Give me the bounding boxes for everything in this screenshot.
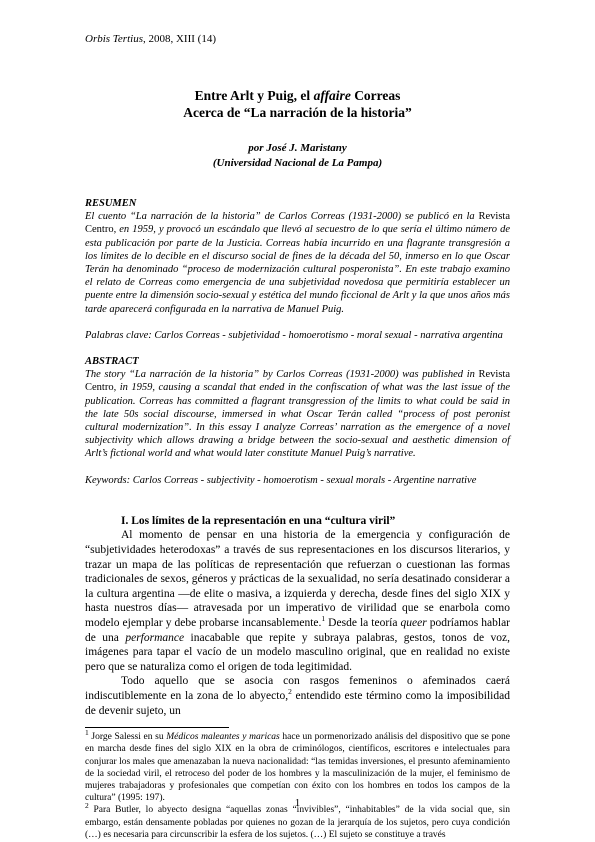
title-run-italic: affaire <box>314 88 351 103</box>
section-heading: I. Los límites de la representación en u… <box>85 514 510 529</box>
article-page: Orbis Tertius, 2008, XIII (14) Entre Arl… <box>0 0 595 842</box>
title-run: Entre Arlt y Puig, el <box>195 88 314 103</box>
resumen-label: RESUMEN <box>85 197 510 210</box>
abstract-label: ABSTRACT <box>85 355 510 368</box>
body-paragraph-2: Todo aquello que se asocia con rasgos fe… <box>85 674 510 718</box>
footnote-1: 1 Jorge Salessi en su Médicos maleantes … <box>85 731 510 804</box>
body-paragraph-1: Al momento de pensar en una historia de … <box>85 528 510 674</box>
book-title-italic: Médicos maleantes y maricas <box>166 732 280 742</box>
text-run: The story “La narración de la historia” … <box>85 369 479 380</box>
text-run: hace un pormenorizado análisis del dispo… <box>85 732 510 803</box>
palabras-clave: Palabras clave: Carlos Correas - subjeti… <box>85 329 510 342</box>
text-run: Desde la teoría <box>325 617 400 629</box>
text-run: , en 1959, y provocó un escándalo que ll… <box>85 224 510 314</box>
title-run: Correas <box>351 88 401 103</box>
running-header: Orbis Tertius, 2008, XIII (14) <box>85 33 510 46</box>
keywords: Keywords: Carlos Correas - subjectivity … <box>85 474 510 487</box>
page-number: 1 <box>0 797 595 809</box>
author-block: por José J. Maristany (Universidad Nacio… <box>85 141 510 171</box>
text-run-italic: queer <box>400 617 426 629</box>
text-run: El cuento “La narración de la historia” … <box>85 211 479 222</box>
author-byline: por José J. Maristany <box>85 141 510 156</box>
text-run: Jorge Salessi en su <box>89 732 167 742</box>
footnotes: 1 Jorge Salessi en su Médicos maleantes … <box>85 731 510 841</box>
footnote-2: 2 Para Butler, lo abyecto designa “aquel… <box>85 804 510 841</box>
text-run-italic: performance <box>125 632 184 644</box>
footnote-separator <box>85 727 229 728</box>
journal-name: Orbis Tertius <box>85 33 143 45</box>
text-run: Al momento de pensar en una historia de … <box>85 529 510 629</box>
author-affiliation: (Universidad Nacional de La Pampa) <box>85 156 510 171</box>
article-title: Entre Arlt y Puig, el affaire Correas Ac… <box>85 88 510 121</box>
issue-info: , 2008, XIII (14) <box>143 33 216 45</box>
resumen-text: El cuento “La narración de la historia” … <box>85 210 510 316</box>
text-run: , in 1959, causing a scandal that ended … <box>85 382 510 459</box>
title-line-2: Acerca de “La narración de la historia” <box>85 105 510 122</box>
text-run: Para Butler, lo abyecto designa “aquella… <box>85 805 510 839</box>
abstract-text: The story “La narración de la historia” … <box>85 368 510 460</box>
title-line-1: Entre Arlt y Puig, el affaire Correas <box>85 88 510 105</box>
